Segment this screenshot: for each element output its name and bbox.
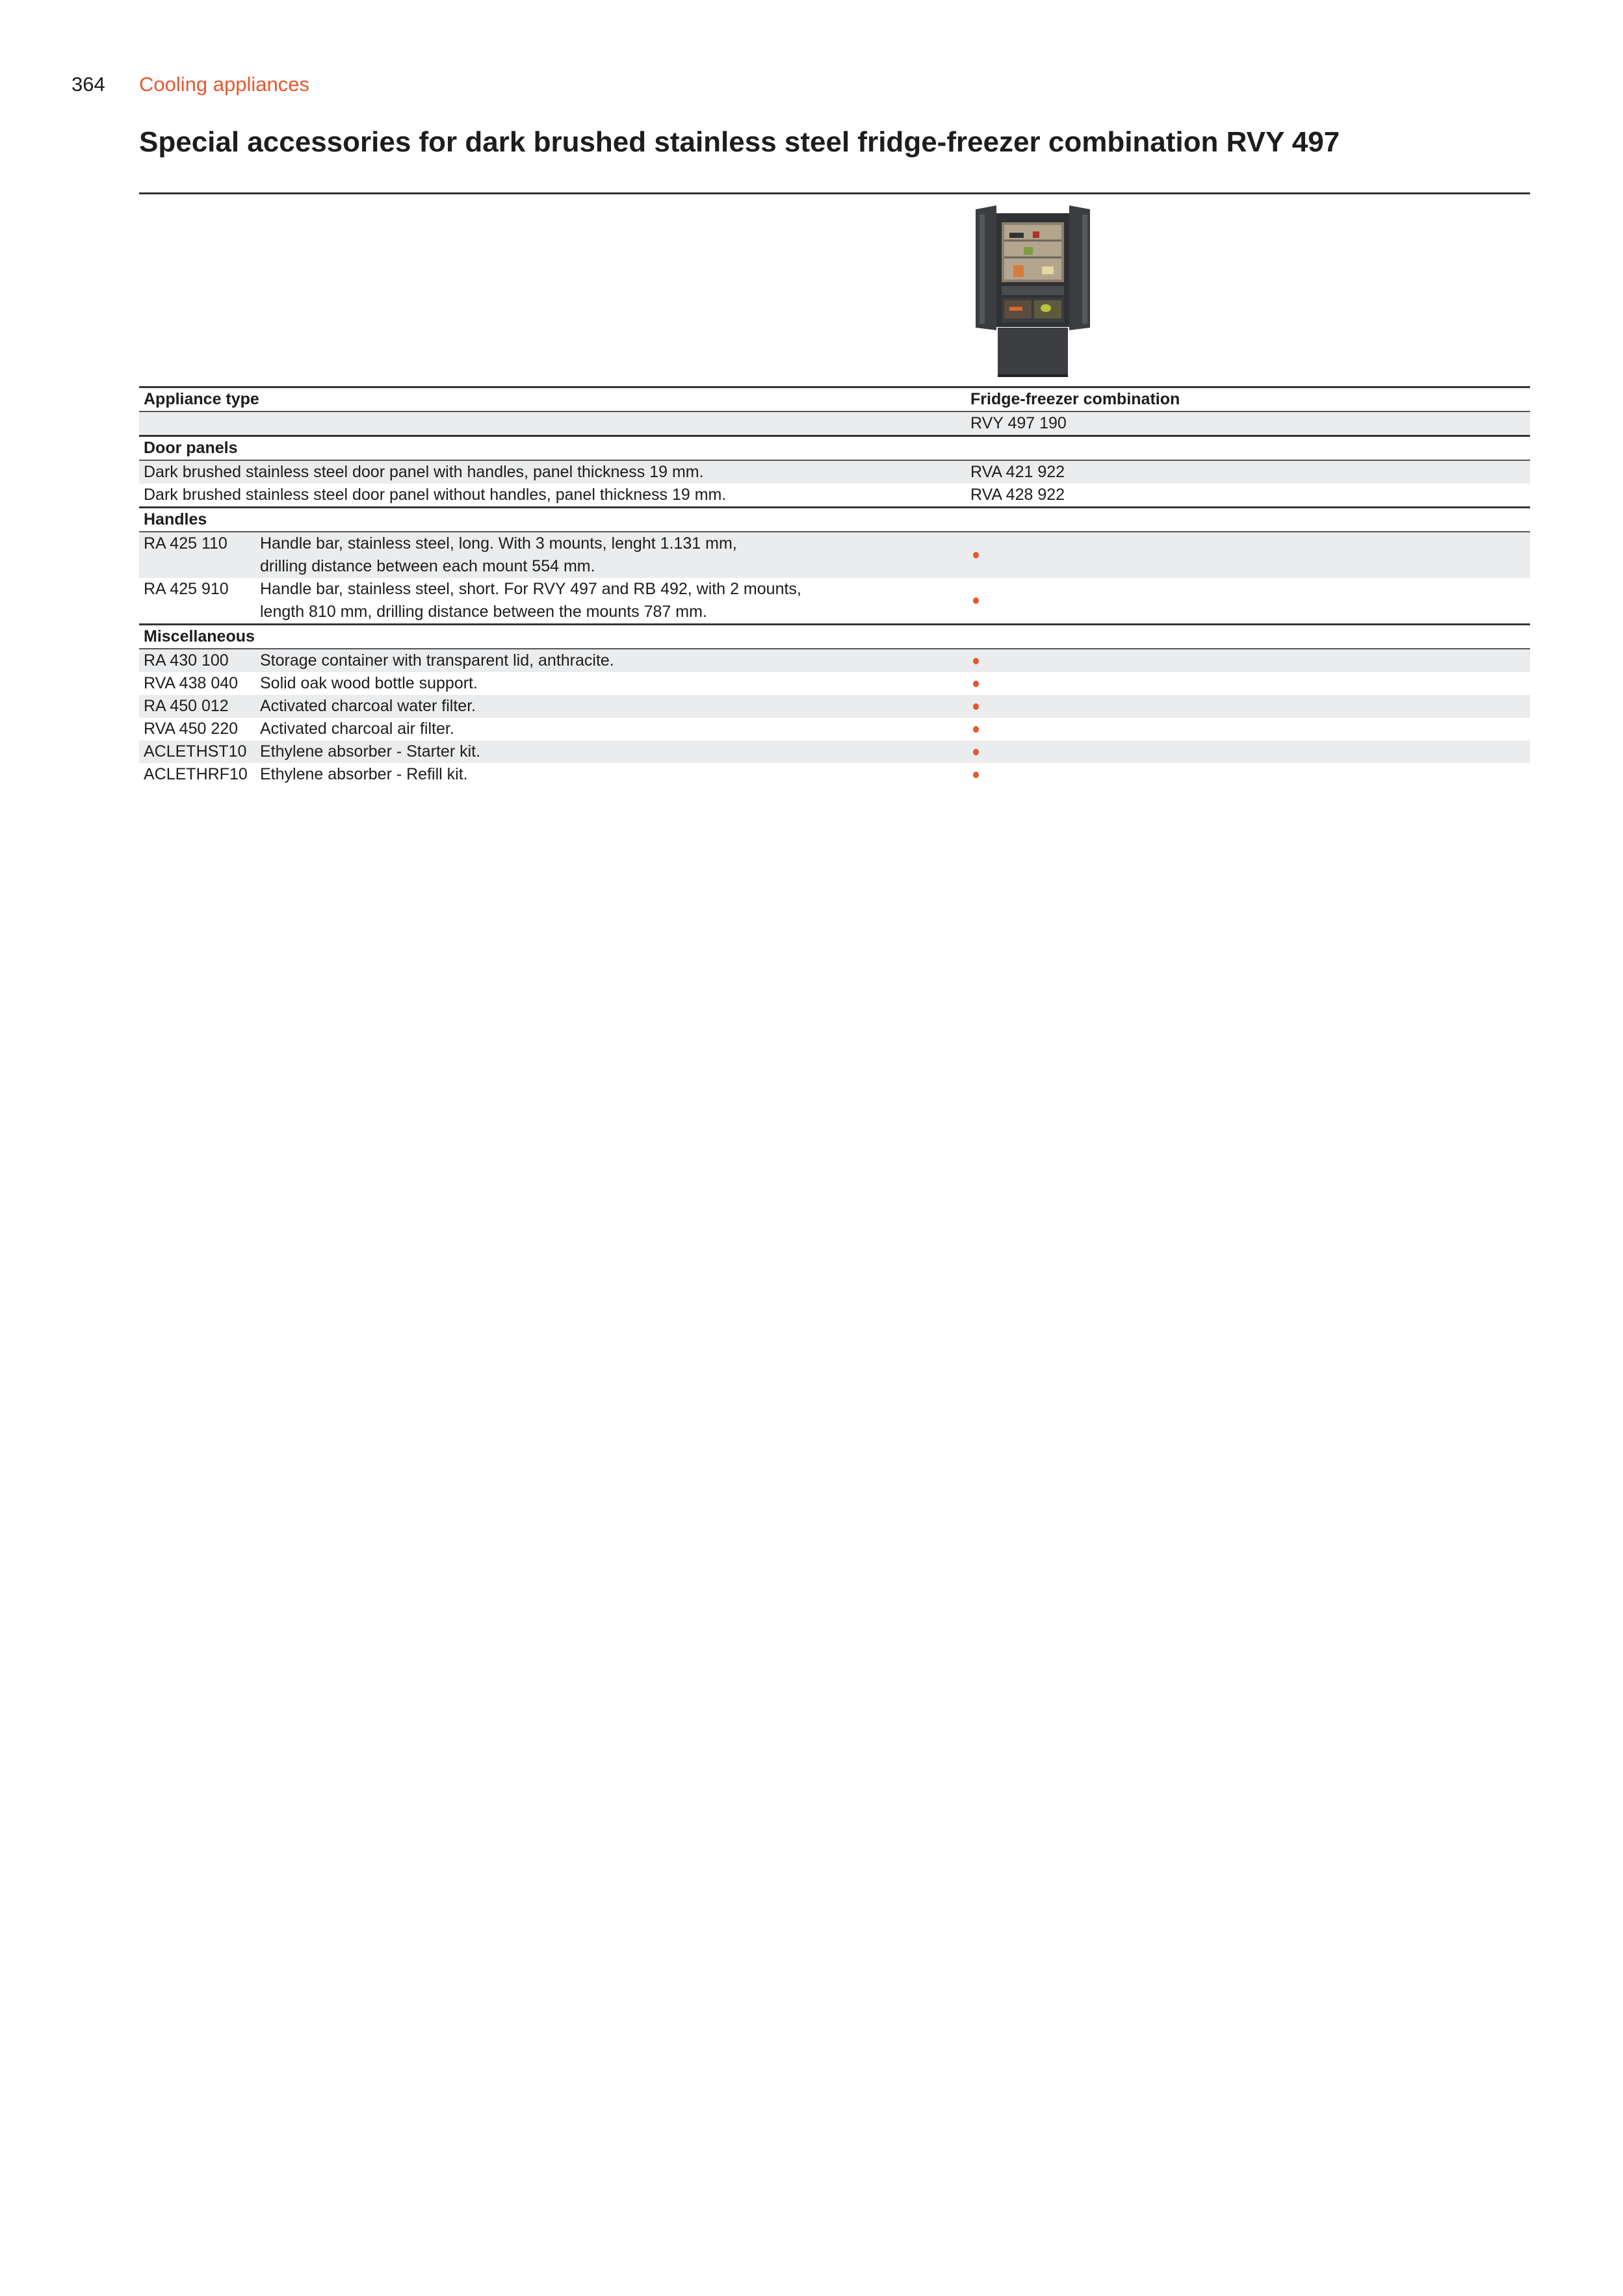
row-description: Dark brushed stainless steel door panel … bbox=[144, 461, 704, 484]
fridge-freezer-product-image bbox=[970, 200, 1095, 378]
section-heading: Miscellaneous bbox=[144, 625, 255, 648]
section-heading: Door panels bbox=[144, 437, 237, 460]
row-value: RVA 428 922 bbox=[970, 484, 1065, 506]
table-row: RA 425 110 Handle bar, stainless steel, … bbox=[139, 531, 1530, 578]
section-title: Cooling appliances bbox=[139, 73, 309, 96]
row-description: Ethylene absorber - Refill kit. bbox=[260, 763, 970, 786]
accessories-table: Appliance type Fridge-freezer combinatio… bbox=[139, 386, 1530, 786]
article-code: RA 450 012 bbox=[144, 695, 260, 718]
fridge-icon bbox=[970, 200, 1095, 378]
appliance-column-header: Fridge-freezer combination bbox=[970, 388, 1180, 411]
model-number: RVY 497 190 bbox=[970, 412, 1067, 435]
article-code: RVA 450 220 bbox=[144, 718, 260, 740]
table-row: RA 425 910 Handle bar, stainless steel, … bbox=[139, 578, 1530, 623]
table-row: RA 430 100Storage container with transpa… bbox=[139, 648, 1530, 672]
top-divider bbox=[139, 192, 1530, 194]
article-code: RVA 438 040 bbox=[144, 672, 260, 695]
description-line: Handle bar, stainless steel, short. For … bbox=[260, 578, 970, 601]
appliance-type-label: Appliance type bbox=[144, 388, 259, 411]
row-description: Activated charcoal air filter. bbox=[260, 718, 970, 740]
table-row: Dark brushed stainless steel door panel … bbox=[139, 484, 1530, 506]
table-header-row: Appliance type Fridge-freezer combinatio… bbox=[139, 386, 1530, 411]
table-row: ACLETHST10Ethylene absorber - Starter ki… bbox=[139, 740, 1530, 763]
available-bullet-icon bbox=[973, 597, 979, 604]
section-heading: Handles bbox=[144, 508, 207, 531]
table-row: ACLETHRF10Ethylene absorber - Refill kit… bbox=[139, 763, 1530, 786]
table-row: RA 450 012Activated charcoal water filte… bbox=[139, 695, 1530, 718]
page-title: Special accessories for dark brushed sta… bbox=[139, 126, 1340, 159]
table-row: RVA 438 040Solid oak wood bottle support… bbox=[139, 672, 1530, 695]
available-bullet-icon bbox=[973, 703, 979, 710]
section-handles: Handles bbox=[139, 506, 1530, 531]
description-line: length 810 mm, drilling distance between… bbox=[260, 601, 970, 623]
page-number: 364 bbox=[71, 73, 105, 96]
article-code: ACLETHST10 bbox=[144, 740, 260, 763]
article-code: RA 425 910 bbox=[144, 578, 260, 623]
available-bullet-icon bbox=[973, 772, 979, 778]
model-row: RVY 497 190 bbox=[139, 411, 1530, 435]
description-line: Handle bar, stainless steel, long. With … bbox=[260, 532, 970, 555]
available-bullet-icon bbox=[973, 552, 979, 558]
section-miscellaneous: Miscellaneous bbox=[139, 623, 1530, 648]
row-description: Solid oak wood bottle support. bbox=[260, 672, 970, 695]
section-door-panels: Door panels bbox=[139, 435, 1530, 460]
table-row: RVA 450 220Activated charcoal air filter… bbox=[139, 718, 1530, 740]
available-bullet-icon bbox=[973, 726, 979, 733]
row-description: Ethylene absorber - Starter kit. bbox=[260, 740, 970, 763]
article-code: RA 430 100 bbox=[144, 649, 260, 672]
available-bullet-icon bbox=[973, 681, 979, 687]
row-description: Activated charcoal water filter. bbox=[260, 695, 970, 718]
article-code: ACLETHRF10 bbox=[144, 763, 260, 786]
available-bullet-icon bbox=[973, 749, 979, 755]
row-value: RVA 421 922 bbox=[970, 461, 1065, 484]
available-bullet-icon bbox=[973, 658, 979, 664]
row-description: Handle bar, stainless steel, long. With … bbox=[260, 532, 970, 578]
row-description: Dark brushed stainless steel door panel … bbox=[144, 484, 726, 506]
description-line: drilling distance between each mount 554… bbox=[260, 555, 970, 578]
row-description: Storage container with transparent lid, … bbox=[260, 649, 970, 672]
table-row: Dark brushed stainless steel door panel … bbox=[139, 460, 1530, 484]
row-description: Handle bar, stainless steel, short. For … bbox=[260, 578, 970, 623]
article-code: RA 425 110 bbox=[144, 532, 260, 578]
